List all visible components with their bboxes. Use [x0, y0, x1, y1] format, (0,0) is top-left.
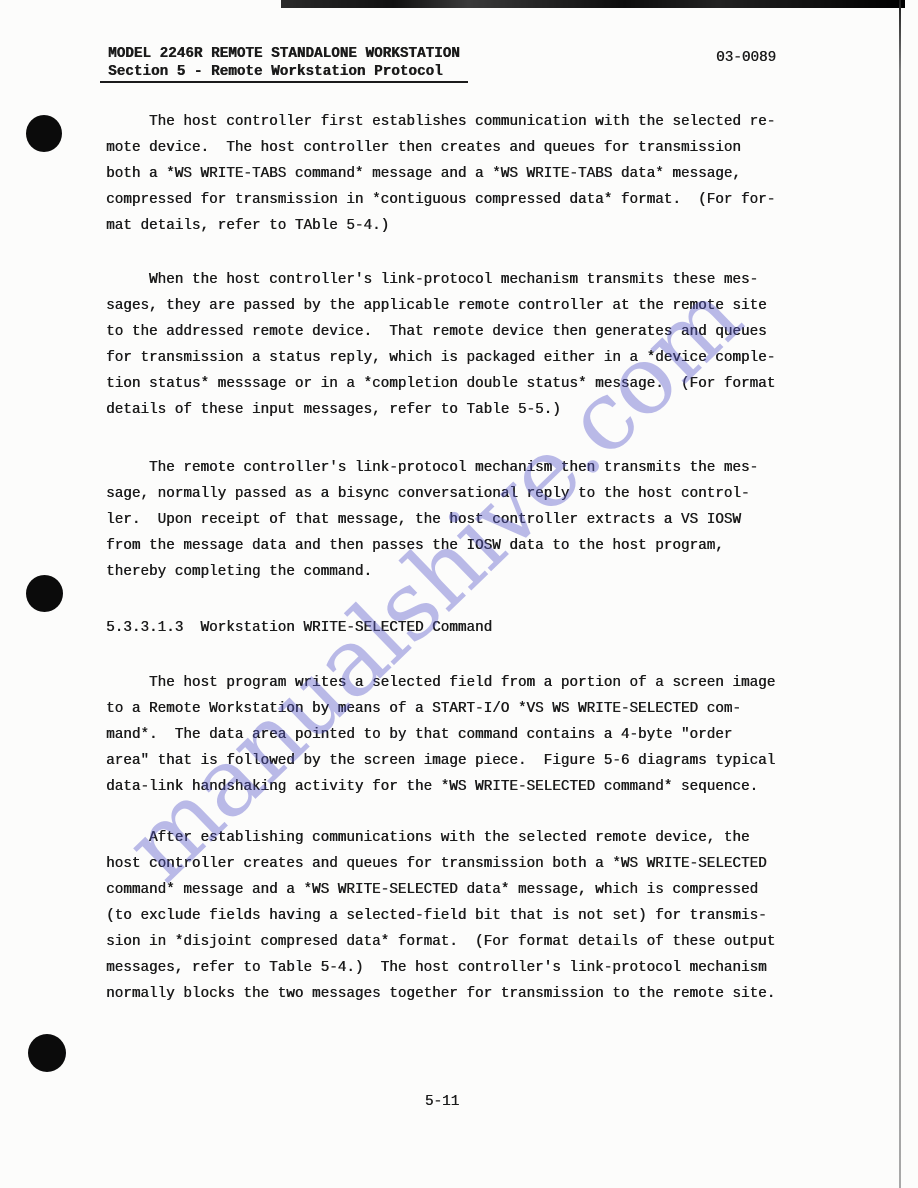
scanned-manual-page: MODEL 2246R REMOTE STANDALONE WORKSTATIO…	[0, 0, 918, 1188]
paragraph-write-tabs-setup: The host controller first establishes co…	[106, 109, 775, 239]
paragraph-write-selected-intro: The host program writes a selected field…	[106, 670, 775, 800]
paragraph-write-selected-transmission: After establishing communications with t…	[106, 825, 775, 1007]
hole-punch-icon	[26, 575, 63, 612]
hole-punch-icon	[26, 115, 62, 152]
header-underline	[100, 81, 468, 83]
paragraph-link-protocol-transmit: When the host controller's link-protocol…	[106, 267, 775, 423]
doc-number: 03-0089	[716, 45, 776, 71]
hole-punch-icon	[28, 1034, 66, 1072]
section-heading-write-selected: 5.3.3.1.3 Workstation WRITE-SELECTED Com…	[106, 615, 492, 641]
doc-title-line2: Section 5 - Remote Workstation Protocol	[108, 63, 443, 81]
doc-title-line1: MODEL 2246R REMOTE STANDALONE WORKSTATIO…	[108, 45, 460, 63]
page-number: 5-11	[106, 1089, 778, 1115]
scan-artifact-right-edge-line	[899, 0, 901, 1188]
scan-artifact-top-bar	[281, 0, 905, 8]
paragraph-remote-controller-reply: The remote controller's link-protocol me…	[106, 455, 758, 585]
